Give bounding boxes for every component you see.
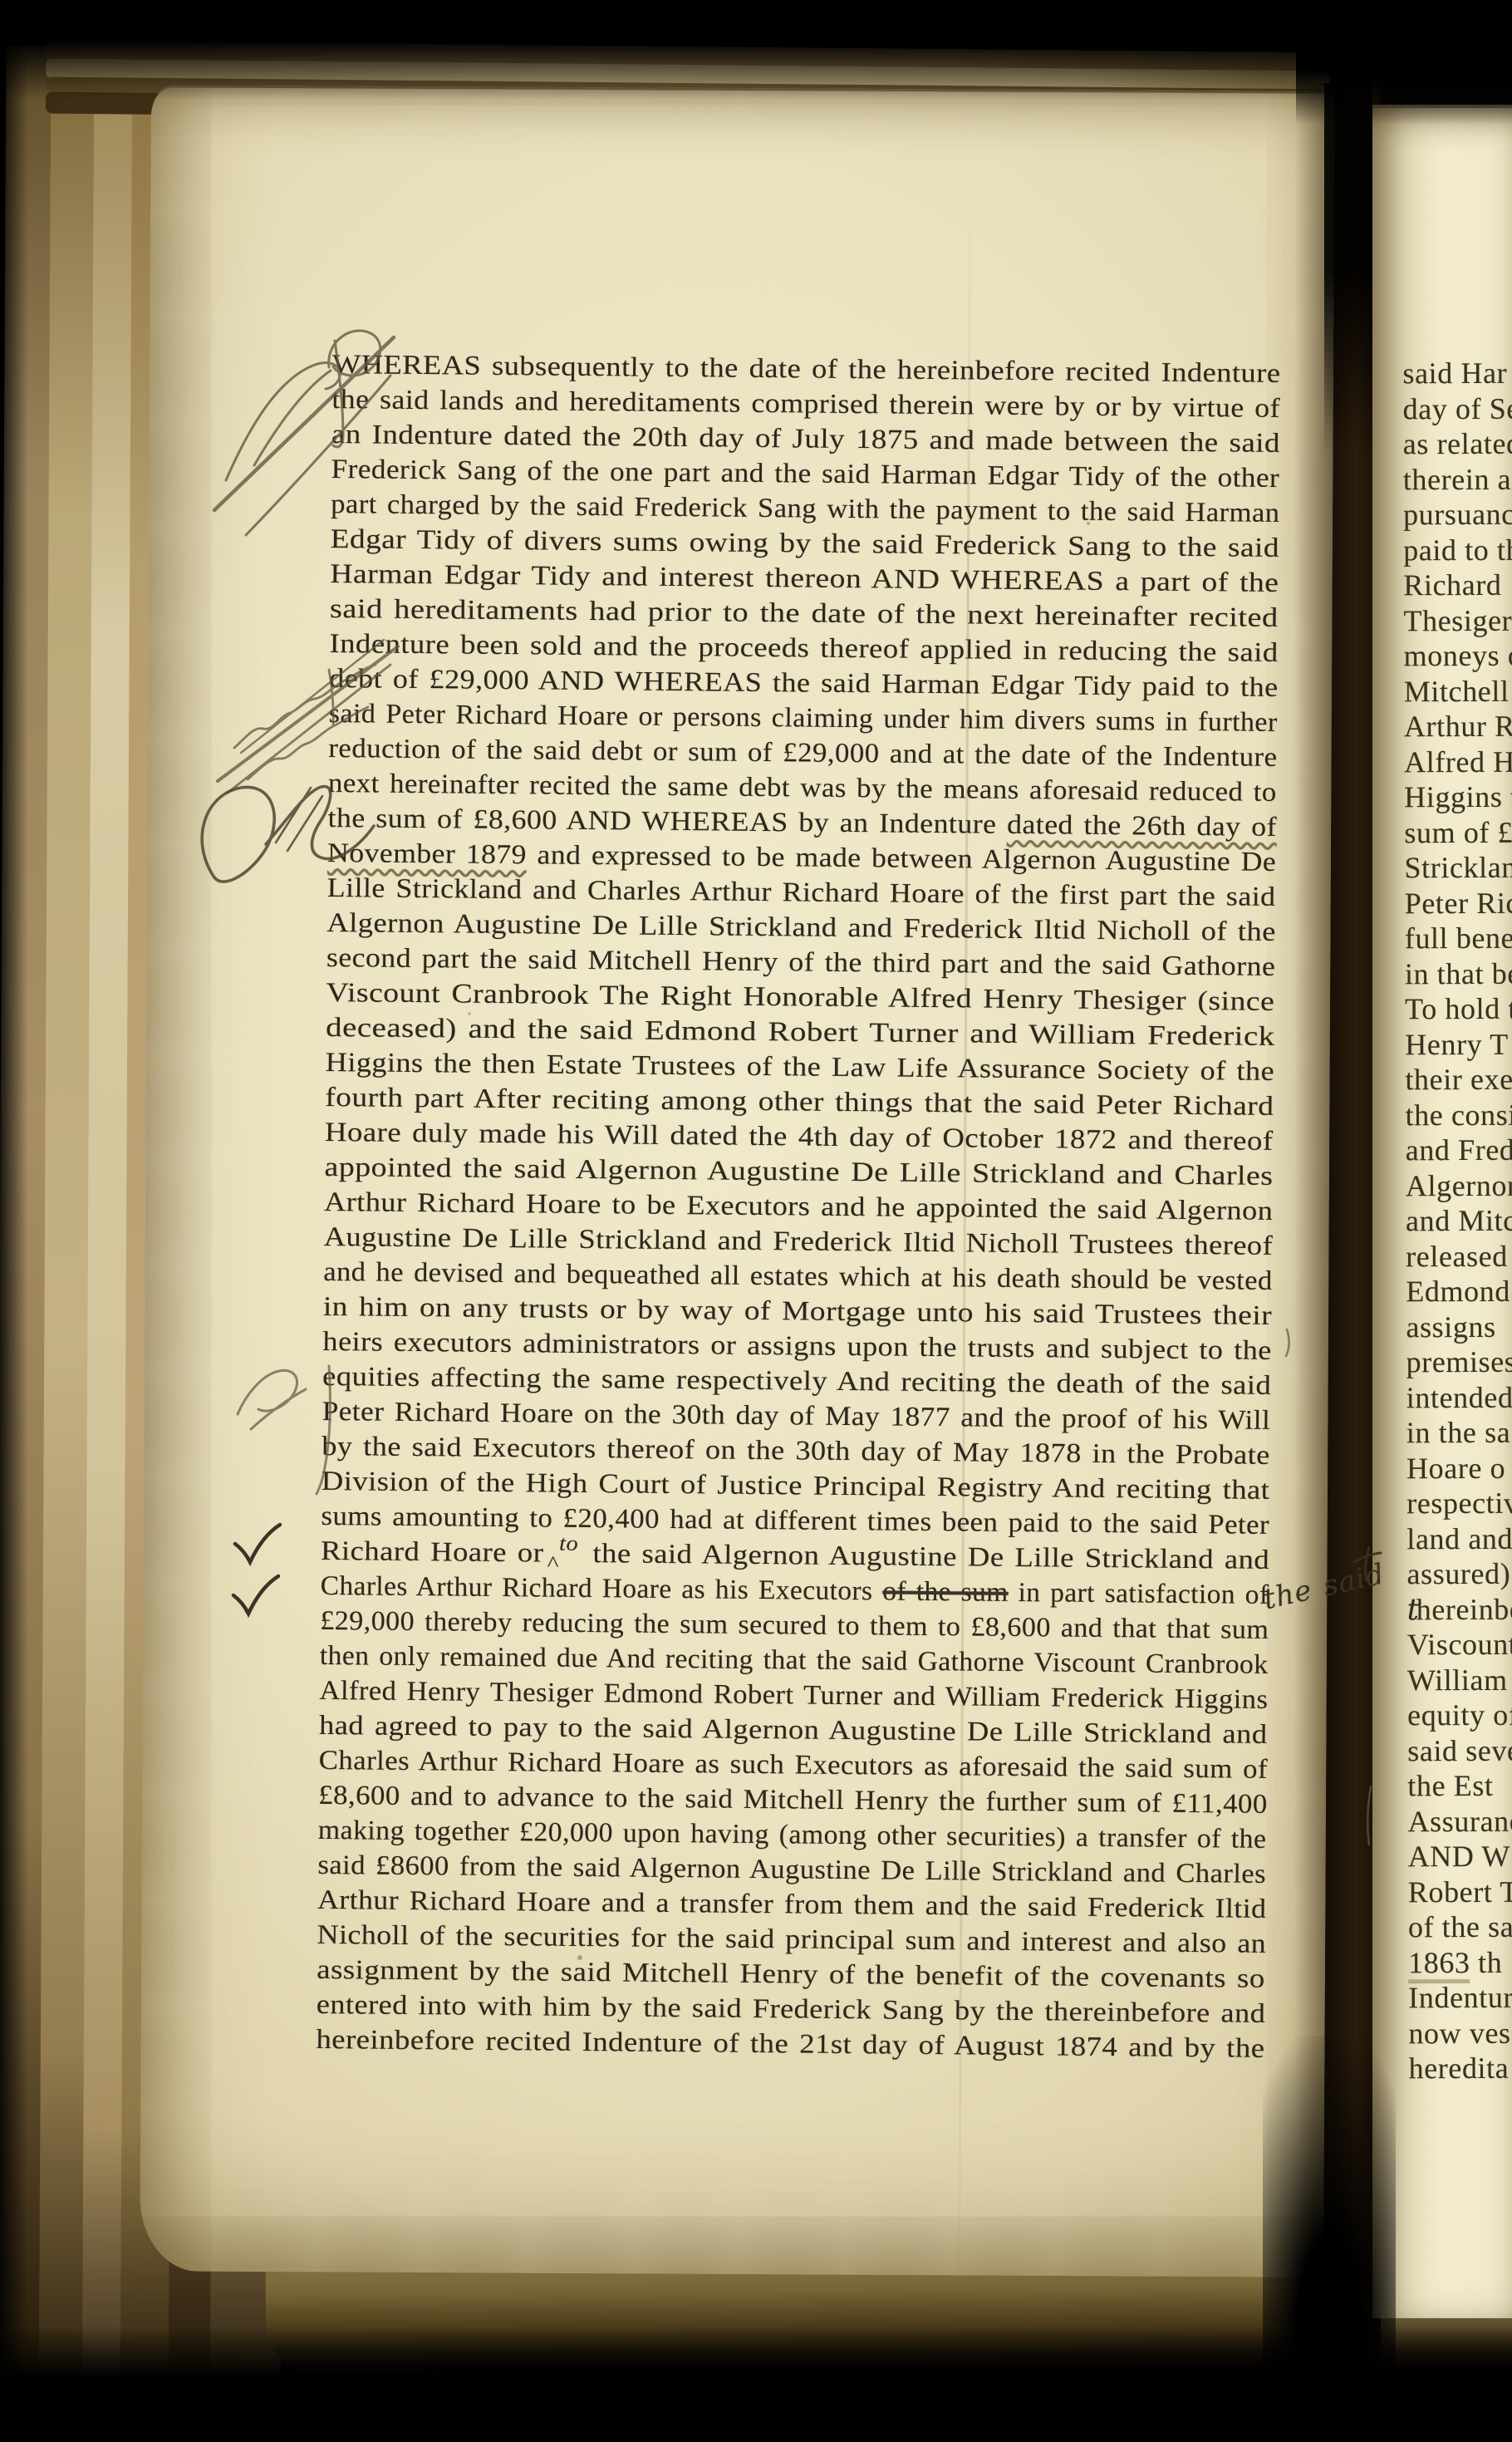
text-line-content: said Har xyxy=(1402,356,1507,391)
text-segment: the said Algernon Augustine De Lille Str… xyxy=(582,1539,1269,1575)
text-segment: William xyxy=(1407,1663,1508,1696)
text-segment: as related xyxy=(1403,427,1512,460)
text-line: To hold t xyxy=(1405,991,1512,1027)
text-line-content: respectiv xyxy=(1406,1486,1512,1521)
text-segment: assigns xyxy=(1406,1309,1495,1343)
text-line-content: therein ap xyxy=(1403,461,1512,497)
text-line-content: premises xyxy=(1406,1344,1512,1380)
text-segment: Mitchell xyxy=(1404,674,1510,707)
text-line-content: assured) xyxy=(1406,1556,1510,1592)
text-line-content: the Est xyxy=(1407,1768,1493,1804)
text-segment: now ves xyxy=(1408,2016,1510,2049)
text-line: Henry T xyxy=(1405,1026,1512,1062)
text-line: Mitchell xyxy=(1404,673,1512,709)
text-line-content: Viscount xyxy=(1407,1627,1512,1663)
text-line-content: Algernon xyxy=(1406,1167,1512,1203)
text-line: Thesiger xyxy=(1403,602,1512,638)
text-line-content: Alfred H xyxy=(1404,744,1512,779)
text-segment: premises xyxy=(1406,1345,1512,1378)
text-line: AND W xyxy=(1408,1839,1512,1874)
text-segment: Charles Arthur Richard Hoare as his Exec… xyxy=(321,1571,883,1606)
text-line-content: full benef xyxy=(1405,921,1512,956)
text-segment: respectiv xyxy=(1406,1486,1512,1520)
text-line: sum of £ xyxy=(1404,814,1512,850)
text-line: William xyxy=(1407,1662,1512,1698)
black-backdrop-top xyxy=(0,0,1512,100)
text-segment: released xyxy=(1406,1239,1508,1272)
text-line: equity of xyxy=(1407,1698,1512,1733)
black-backdrop-top-right xyxy=(1296,0,1512,125)
text-segment: and expressed to be made between Algerno… xyxy=(527,840,1277,877)
text-line-content: said seve xyxy=(1407,1732,1512,1768)
text-line: respectiv xyxy=(1406,1486,1512,1521)
annotation-ins: to xyxy=(559,1531,578,1555)
black-backdrop-left xyxy=(0,0,28,2442)
text-segment: sum of £ xyxy=(1404,815,1512,848)
annotation-u: November 1879 xyxy=(327,838,527,870)
text-segment: Hoare o xyxy=(1406,1451,1505,1484)
text-line: Indentur xyxy=(1408,1980,1512,2016)
text-line-content: Indentur xyxy=(1408,1980,1512,2016)
text-line: said Har xyxy=(1402,356,1512,391)
text-segment: day of Se xyxy=(1403,391,1512,425)
text-line-content: Arthur R xyxy=(1404,709,1512,744)
text-line: Edmond xyxy=(1406,1274,1512,1309)
text-line-content: Assuranc xyxy=(1407,1803,1512,1839)
text-line-content: Higgins t xyxy=(1404,779,1512,815)
text-line: the consi xyxy=(1405,1097,1512,1133)
text-line: Higgins t xyxy=(1404,779,1512,815)
text-line-content: Mitchell xyxy=(1404,673,1510,709)
text-line: the Est xyxy=(1407,1768,1512,1804)
text-line: thereinbe xyxy=(1407,1591,1512,1627)
text-line-content: of the sa xyxy=(1408,1909,1512,1945)
text-segment: hereinbe xyxy=(1416,1592,1512,1625)
annotation-u: dated the 26th day of xyxy=(1007,810,1277,843)
text-line: Arthur R xyxy=(1404,709,1512,744)
text-line-content: Stricklan xyxy=(1404,850,1512,886)
text-line: 1863 th xyxy=(1408,1944,1512,1980)
right-page: said Harday of Seas relatedtherein appur… xyxy=(1372,105,1512,2318)
text-line: Peter Ric xyxy=(1405,885,1512,921)
text-segment: pursuance xyxy=(1403,498,1512,532)
text-segment: th xyxy=(1470,1945,1502,1978)
text-line: intended xyxy=(1406,1379,1512,1415)
text-segment: and Fred xyxy=(1406,1133,1512,1167)
text-line-content: in the sa xyxy=(1406,1415,1511,1451)
text-segment: said seve xyxy=(1407,1733,1512,1766)
text-line: Viscount xyxy=(1407,1627,1512,1663)
text-segment: Henry T xyxy=(1405,1027,1509,1060)
text-segment: Edmond xyxy=(1406,1275,1510,1308)
text-line-content: now ves xyxy=(1408,2015,1510,2051)
text-line: paid to th xyxy=(1403,532,1512,568)
text-line: Assuranc xyxy=(1407,1803,1512,1839)
text-segment: land and xyxy=(1406,1521,1512,1555)
text-line: said seve xyxy=(1407,1732,1512,1768)
black-backdrop-bottom xyxy=(0,2327,1512,2442)
text-line: in the sa xyxy=(1406,1415,1512,1451)
text-line-content: heredita xyxy=(1408,2051,1509,2086)
text-segment: full benef xyxy=(1405,921,1512,956)
text-segment: Algernon xyxy=(1406,1168,1512,1201)
text-segment: Viscount xyxy=(1407,1628,1512,1661)
text-segment: the Est xyxy=(1407,1769,1493,1802)
text-line-content: and Fred xyxy=(1406,1133,1512,1168)
text-line: and Mitc xyxy=(1406,1203,1512,1239)
text-line-content: To hold t xyxy=(1405,991,1512,1027)
gutter-shadow-top xyxy=(1324,83,1372,457)
text-line: Richard xyxy=(1403,568,1512,603)
text-line: now ves xyxy=(1408,2015,1512,2051)
text-segment: Indentur xyxy=(1408,1981,1512,2014)
text-line-content: Henry T xyxy=(1405,1026,1509,1062)
text-segment: Higgins t xyxy=(1404,780,1512,813)
text-line: as related xyxy=(1403,426,1512,462)
text-line-content: AND W xyxy=(1408,1839,1510,1874)
text-line: released xyxy=(1406,1238,1512,1274)
text-segment: assured) xyxy=(1406,1557,1510,1590)
text-segment: Richard Hoare or xyxy=(321,1536,544,1569)
text-segment: Richard xyxy=(1403,568,1501,602)
text-line-content: Edmond xyxy=(1406,1274,1510,1309)
text-line: and Fred xyxy=(1406,1133,1512,1168)
text-line: premises xyxy=(1406,1344,1512,1380)
text-line-content: Robert T xyxy=(1408,1874,1512,1909)
text-line-content: land and xyxy=(1406,1521,1512,1556)
text-segment: in that be xyxy=(1405,956,1512,990)
text-line-content: 1863 th xyxy=(1408,1944,1502,1980)
text-line-content: Peter Ric xyxy=(1405,885,1512,921)
text-segment: moneys o xyxy=(1404,639,1512,673)
text-line: therein ap xyxy=(1403,461,1512,497)
text-line-content: day of Se xyxy=(1403,391,1512,426)
text-segment: said Har xyxy=(1402,356,1507,390)
text-line-content: the consi xyxy=(1405,1097,1512,1133)
text-line-content: Thesiger xyxy=(1403,602,1512,638)
text-segment: therein ap xyxy=(1403,462,1512,496)
text-segment: the sum of £8,600 AND WHEREAS by an Inde… xyxy=(327,803,1007,840)
text-segment: of the sa xyxy=(1408,1910,1512,1943)
text-segment: in the sa xyxy=(1406,1416,1511,1449)
text-segment: AND W xyxy=(1408,1840,1510,1873)
text-line: Robert T xyxy=(1408,1874,1512,1909)
text-segment: intended xyxy=(1406,1380,1512,1413)
text-segment: Arthur R xyxy=(1404,710,1512,743)
text-line: pursuance xyxy=(1403,497,1512,533)
text-segment: hereinbefore recited Indenture of the 21… xyxy=(316,2025,1264,2064)
text-line: heredita xyxy=(1408,2051,1512,2086)
text-line: Hoare o xyxy=(1406,1450,1512,1486)
text-line-content: assigns xyxy=(1406,1309,1495,1344)
text-line-content: moneys o xyxy=(1404,638,1512,674)
text-line-content: Richard xyxy=(1403,568,1501,603)
text-line: land and xyxy=(1406,1521,1512,1556)
open-book-photograph: said Harday of Seas relatedtherein appur… xyxy=(0,0,1512,2442)
text-segment: paid to th xyxy=(1403,533,1512,566)
text-line: in that be xyxy=(1405,956,1512,991)
text-segment: Stricklan xyxy=(1404,851,1512,884)
text-line: assured) xyxy=(1406,1556,1512,1592)
text-line-content: pursuance xyxy=(1403,497,1512,533)
text-line: Stricklan xyxy=(1404,850,1512,886)
text-segment: equity of xyxy=(1407,1698,1512,1732)
text-line-content: as related xyxy=(1403,426,1512,462)
text-line: full benef xyxy=(1405,921,1512,956)
text-segment: the consi xyxy=(1405,1098,1512,1131)
text-line-content: sum of £ xyxy=(1404,814,1512,850)
text-line-content: Hoare o xyxy=(1406,1450,1505,1486)
text-segment: Peter Ric xyxy=(1405,886,1512,919)
text-segment: and Mitc xyxy=(1406,1204,1512,1237)
text-line: Alfred H xyxy=(1404,744,1512,779)
text-segment: in part satisfaction of xyxy=(1009,1578,1269,1610)
text-segment: Robert T xyxy=(1408,1874,1512,1908)
text-line-content: in that be xyxy=(1405,956,1512,991)
text-line-content: equity of xyxy=(1407,1698,1512,1733)
text-line: their exe xyxy=(1405,1062,1512,1098)
text-line-content: paid to th xyxy=(1403,532,1512,568)
text-line: assigns xyxy=(1406,1309,1512,1344)
text-line-content: thereinbe xyxy=(1407,1591,1512,1628)
annotation-s: of the sum xyxy=(882,1576,1009,1607)
text-segment: Alfred H xyxy=(1404,744,1512,778)
text-line: of the sa xyxy=(1408,1909,1512,1945)
text-line: day of Se xyxy=(1403,391,1512,426)
text-segment: their exe xyxy=(1405,1063,1512,1096)
text-segment: To hold t xyxy=(1405,992,1512,1025)
text-line-content: their exe xyxy=(1405,1062,1512,1098)
text-line-content: and Mitc xyxy=(1406,1203,1512,1239)
text-line: Algernon xyxy=(1406,1167,1512,1203)
annotation-usm: 1863 xyxy=(1408,1945,1470,1983)
text-line-content: intended xyxy=(1406,1379,1512,1415)
text-line-content: William xyxy=(1407,1662,1508,1698)
main-text-block: WHEREAS subsequently to the date of the … xyxy=(316,347,1281,2066)
text-segment: heredita xyxy=(1408,2051,1509,2085)
text-line-content: released xyxy=(1406,1238,1508,1274)
text-segment: Assuranc xyxy=(1407,1804,1512,1837)
text-segment: Thesiger xyxy=(1403,603,1512,636)
right-page-text-column: said Harday of Seas relatedtherein appur… xyxy=(1402,356,1512,2086)
text-line: moneys o xyxy=(1404,638,1512,674)
